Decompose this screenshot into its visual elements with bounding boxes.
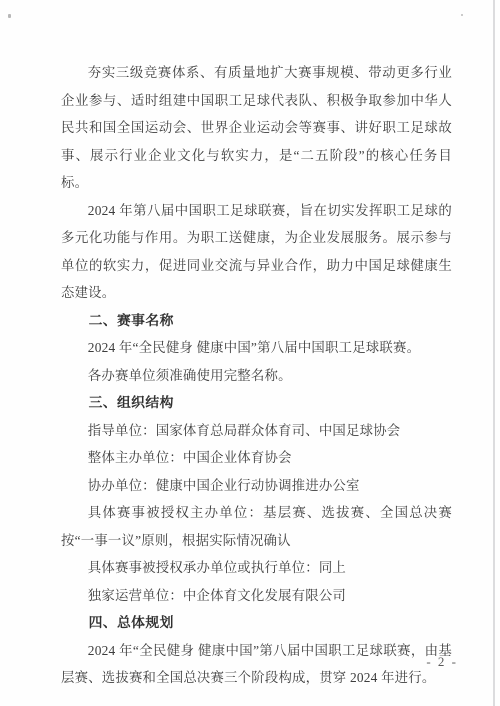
paragraph-guiding-units: 指导单位：国家体育总局群众体育司、中国足球协会 [61,417,452,445]
paragraph-official-event-name: 2024 年“全民健身 健康中国”第八届中国职工足球联赛。 [61,334,452,362]
paragraph-core-tasks: 夯实三级竞赛体系、有质量地扩大赛事规模、带动更多行业企业参与、适时组建中国职工足… [61,59,452,197]
section-heading-event-name: 二、赛事名称 [61,307,452,335]
paragraph-authorized-undertaking-units: 具体赛事被授权承办单位或执行单位：同上 [61,554,452,582]
paragraph-name-usage-rule: 各办赛单位须准确使用完整名称。 [61,362,452,390]
paragraph-exclusive-operator: 独家运营单位：中企体育文化发展有限公司 [61,582,452,610]
paragraph-co-organizer-unit: 协办单位：健康中国企业行动协调推进办公室 [61,472,452,500]
paragraph-authorized-host-units: 具体赛事被授权主办单位：基层赛、选拔赛、全国总决赛按“一事一议”原则，根据实际情… [61,499,452,554]
paragraph-league-purpose: 2024 年第八届中国职工足球联赛，旨在切实发挥职工足球的多元化功能与作用。为职… [61,197,452,307]
section-heading-organization-structure: 三、组织结构 [61,389,452,417]
scan-artifact-speck [8,14,11,18]
scan-artifact-speck [461,14,463,16]
paragraph-overall-host-unit: 整体主办单位：中国企业体育协会 [61,444,452,472]
scan-edge-line [493,0,495,706]
scanned-document-page: 夯实三级竞赛体系、有质量地扩大赛事规模、带动更多行业企业参与、适时组建中国职工足… [0,0,500,706]
document-body: 夯实三级竞赛体系、有质量地扩大赛事规模、带动更多行业企业参与、适时组建中国职工足… [61,59,452,692]
page-number: - 2 - [426,653,458,671]
section-heading-overall-plan: 四、总体规划 [61,609,452,637]
paragraph-overall-plan-stages: 2024 年“全民健身 健康中国”第八届中国职工足球联赛，由基层赛、选拔赛和全国… [61,637,452,692]
